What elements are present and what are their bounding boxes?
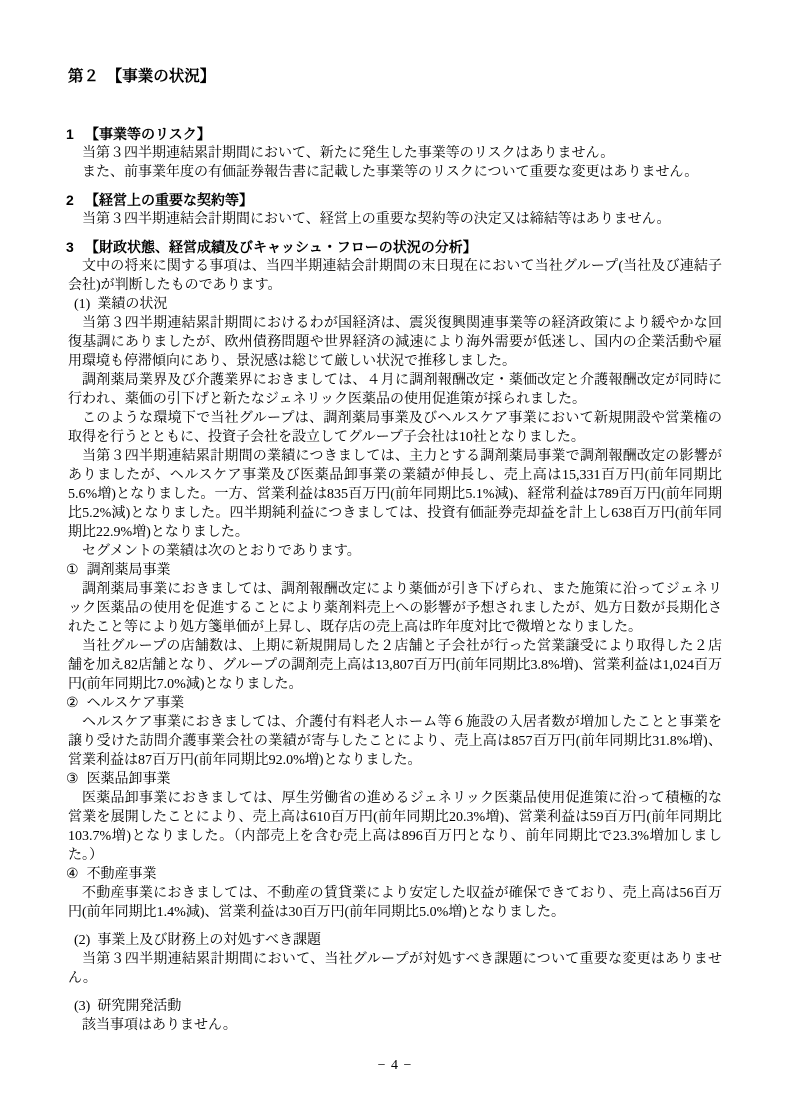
page-footer: − 4 − [0,1056,790,1075]
paragraph: 調剤薬局業界及び介護業界におきましては、４月に調剤報酬改定・薬価改定と介護報酬改… [68,371,722,409]
segment-label: ③ [66,770,79,789]
paragraph: 当第３四半期連結累計期間において、新たに発生した事業等のリスクはありません。 [68,144,722,163]
subsection-heading: (1) 業績の状況 [68,295,722,314]
segment-label: ④ [66,865,79,884]
subsection-title: 事業上及び財務上の対処すべき課題 [97,931,321,950]
section-heading: 3 【財政状態、経営成績及びキャッシュ・フローの状況の分析】 [66,238,722,257]
subsection-title: 業績の状況 [97,295,167,314]
paragraph: 当第３四半期連結累計期間の業績につきましては、主力とする調剤薬局事業で調剤報酬改… [68,447,722,542]
subsection-issues-to-address: (2) 事業上及び財務上の対処すべき課題 当第３四半期連結累計期間において、当社… [68,931,722,988]
paragraph: 当第３四半期連結会計期間において、経営上の重要な契約等の決定又は締結等はありませ… [68,210,722,229]
subsection-research-development: (3) 研究開発活動 該当事項はありません。 [68,997,722,1035]
paragraph: セグメントの業績は次のとおりであります。 [68,542,722,561]
paragraph: 文中の将来に関する事項は、当四半期連結会計期間の末日現在において当社グループ(当… [68,257,722,295]
segment-label: ① [66,561,79,580]
segment-heading: ② ヘルスケア事業 [66,694,722,713]
subsection-heading: (2) 事業上及び財務上の対処すべき課題 [68,931,722,950]
paragraph: 当第３四半期連結累計期間において、当社グループが対処すべき課題について重要な変更… [68,950,722,988]
section-title: 【事業等のリスク】 [85,125,211,144]
segment-label: ② [66,694,79,713]
section-financial-analysis: 3 【財政状態、経営成績及びキャッシュ・フローの状況の分析】 文中の将来に関する… [68,238,722,1035]
section-material-contracts: 2 【経営上の重要な契約等】 当第３四半期連結会計期間において、経営上の重要な契… [68,191,722,229]
section-number: 2 [66,191,85,210]
subsection-label: (2) [74,931,90,950]
segment-pharmaceutical-wholesale: ③ 医薬品卸事業 医薬品卸事業におきましては、厚生労働省の進めるジェネリック医薬… [68,770,722,865]
subsection-title: 研究開発活動 [97,997,181,1016]
segment-healthcare: ② ヘルスケア事業 ヘルスケア事業におきましては、介護付有料老人ホーム等６施設の… [68,694,722,770]
paragraph: 不動産事業におきましては、不動産の賃貸業により安定した収益が確保できており、売上… [68,884,722,922]
segment-heading: ① 調剤薬局事業 [66,561,722,580]
segment-title: 医薬品卸事業 [87,770,171,789]
segment-real-estate: ④ 不動産事業 不動産事業におきましては、不動産の賃貸業により安定した収益が確保… [68,865,722,922]
segment-heading: ③ 医薬品卸事業 [66,770,722,789]
section-title: 【経営上の重要な契約等】 [85,191,253,210]
segment-heading: ④ 不動産事業 [66,865,722,884]
section-number: 3 [66,238,85,257]
segment-title: 不動産事業 [87,865,157,884]
subsection-label: (3) [74,997,90,1016]
paragraph: 医薬品卸事業におきましては、厚生労働省の進めるジェネリック医薬品使用促進策に沿っ… [68,789,722,865]
segment-pharmacy: ① 調剤薬局事業 調剤薬局事業におきましては、調剤報酬改定により薬価が引き下げら… [68,561,722,694]
paragraph: このような環境下で当社グループは、調剤薬局事業及びヘルスケア事業において新規開設… [68,409,722,447]
paragraph: 調剤薬局事業におきましては、調剤報酬改定により薬価が引き下げられ、また施策に沿っ… [68,580,722,637]
subsection-label: (1) [74,295,90,314]
page-number: − 4 − [378,1058,413,1073]
segment-title: ヘルスケア事業 [87,694,185,713]
paragraph: 当第３四半期連結累計期間におけるわが国経済は、震災復興関連事業等の経済政策により… [68,314,722,371]
section-business-risks: 1 【事業等のリスク】 当第３四半期連結累計期間において、新たに発生した事業等の… [68,125,722,182]
subsection-heading: (3) 研究開発活動 [68,997,722,1016]
section-heading: 2 【経営上の重要な契約等】 [66,191,722,210]
section-number: 1 [66,125,85,144]
paragraph: ヘルスケア事業におきましては、介護付有料老人ホーム等６施設の入居者数が増加したこ… [68,713,722,770]
subsection-business-results: (1) 業績の状況 当第３四半期連結累計期間におけるわが国経済は、震災復興関連事… [68,295,722,922]
paragraph: また、前事業年度の有価証券報告書に記載した事業等のリスクについて重要な変更はあり… [68,163,722,182]
section-heading: 1 【事業等のリスク】 [66,125,722,144]
segment-title: 調剤薬局事業 [87,561,171,580]
paragraph: 該当事項はありません。 [68,1016,722,1035]
document-page: 第２ 【事業の状況】 1 【事業等のリスク】 当第３四半期連結累計期間において、… [0,0,790,1118]
paragraph: 当社グループの店舗数は、上期に新規開局した２店舗と子会社が行った営業譲受により取… [68,637,722,694]
page-title: 第２ 【事業の状況】 [68,66,722,88]
section-title: 【財政状態、経営成績及びキャッシュ・フローの状況の分析】 [85,238,477,257]
